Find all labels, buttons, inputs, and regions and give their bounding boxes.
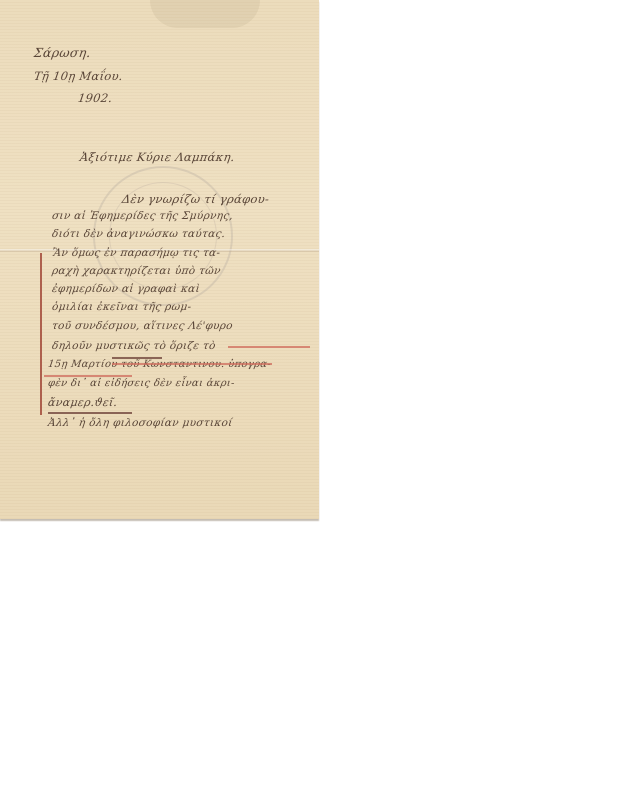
body-line-11: φὲν δι᾽ αἱ εἰδήσεις δὲν εἶναι ἀκρι- — [47, 378, 235, 389]
red-underline-2 — [112, 363, 272, 365]
water-stain — [150, 0, 260, 28]
red-underline-3 — [44, 375, 132, 377]
body-line-9: δηλοῦν μυστικῶς τὸ ὅριζε τὸ — [51, 340, 216, 352]
year-line: 1902. — [77, 91, 113, 105]
red-underline-1 — [228, 346, 310, 348]
body-line-7: ὁμιλίαι ἐκεῖναι τῆς ρωμ- — [51, 301, 192, 313]
place-heading: Σάρωση. — [33, 45, 92, 60]
body-line-5: ραχὴ χαρακτηρίζεται ὑπὸ τῶν — [51, 265, 221, 277]
dark-underline-1 — [112, 357, 162, 359]
dark-underline-2 — [48, 412, 132, 414]
body-line-13: Ἀλλ᾽ ἡ ὄλη φιλοσοφίαν μυστικοί — [47, 417, 233, 429]
body-line-3: διότι δὲν ἀναγινώσκω ταύτας. — [51, 228, 226, 240]
date-line: Τῇ 10ῃ Μαΐου. — [33, 69, 124, 83]
body-line-12: ἄναμερ.ϑεῖ. — [47, 396, 118, 409]
body-line-8: τοῦ συνδέσμου, αἵτινες Λέ'φυρο — [51, 320, 234, 332]
body-line-6: ἐφημερίδων αἱ γραφαὶ καὶ — [51, 283, 201, 295]
salutation: Ἀξιότιμε Κύριε Λαμπάκη. — [79, 150, 236, 164]
body-line-1: Δὲν γνωρίζω τί γράφου- — [121, 192, 270, 206]
letter-page: Σάρωση. Τῇ 10ῃ Μαΐου. 1902. Ἀξιότιμε Κύρ… — [0, 0, 319, 519]
body-line-2: σιν αἱ Ἐφημερίδες τῆς Σμύρνης, — [51, 210, 234, 222]
red-margin-line — [40, 253, 42, 415]
body-line-4: Ἂν ὅμως ἐν παρασήμῳ τις τα- — [51, 247, 221, 259]
